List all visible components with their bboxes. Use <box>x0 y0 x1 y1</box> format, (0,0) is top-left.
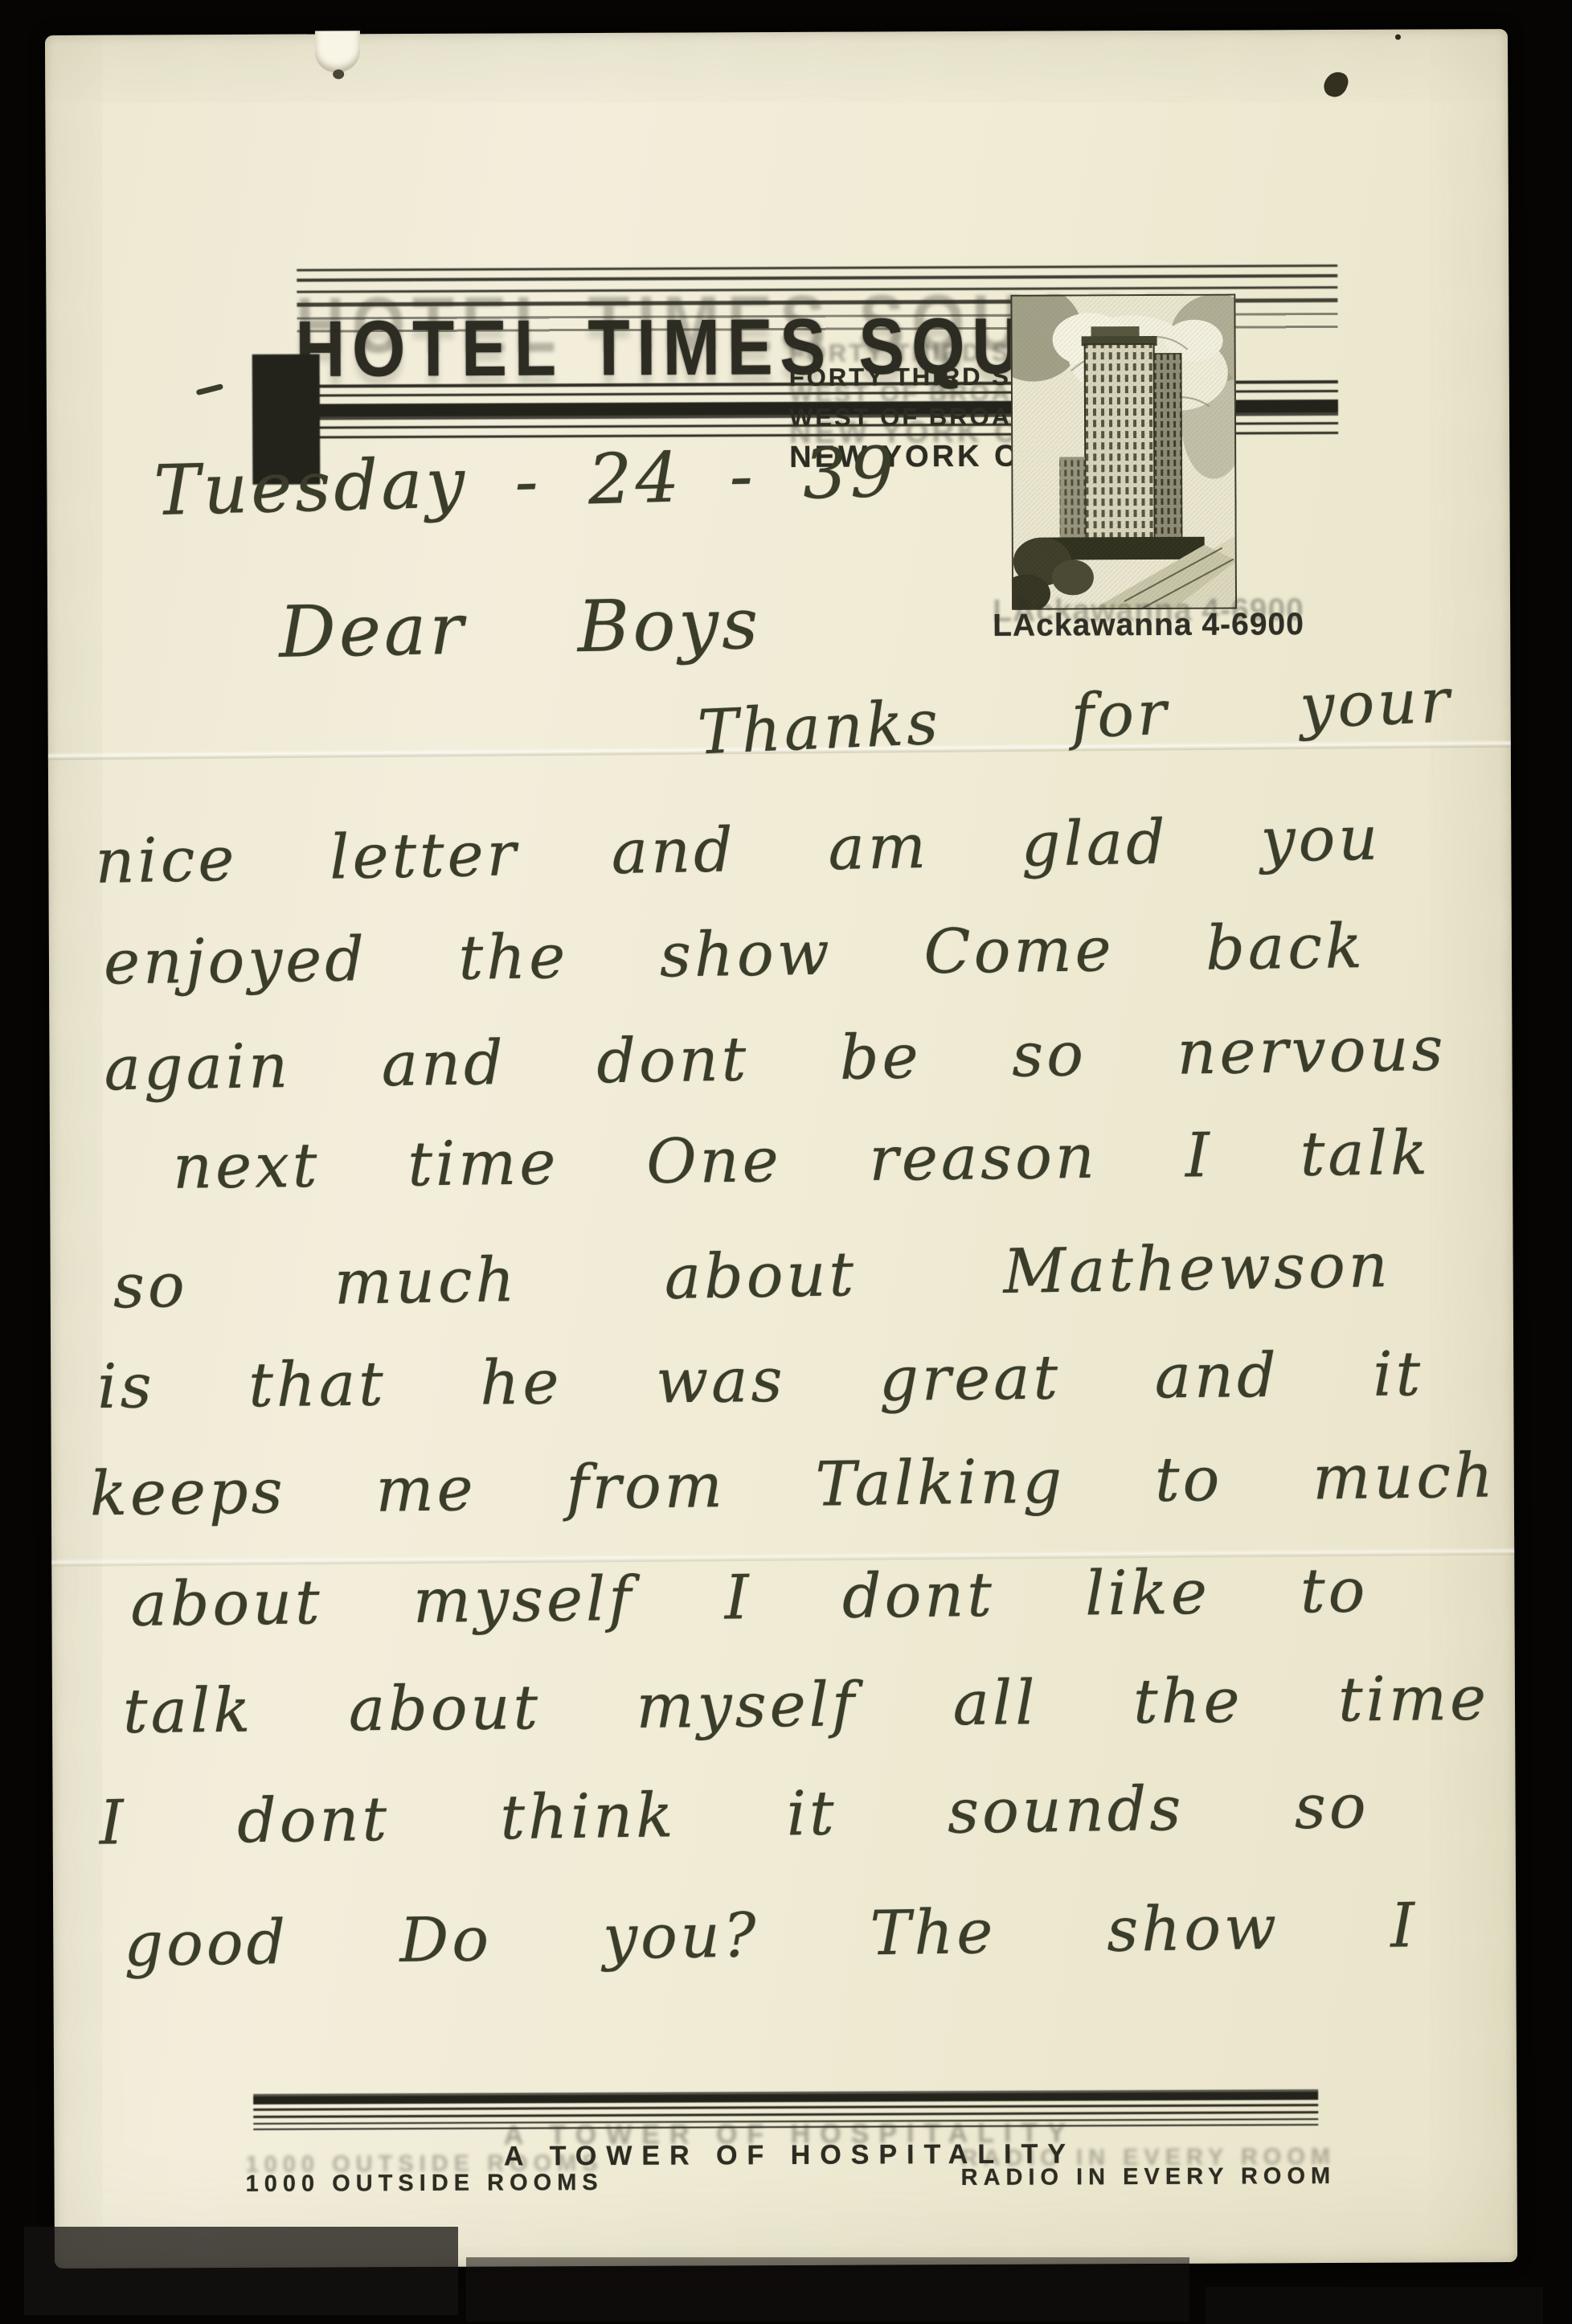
handwritten-salutation: Dear Boys <box>278 582 762 674</box>
scan-artifact <box>1206 2287 1543 2324</box>
footer-stripes <box>253 2089 1318 2133</box>
handwritten-line: next time One reason I talk <box>173 1117 1431 1203</box>
handwritten-line: Thanks for your <box>696 664 1454 768</box>
handwritten-line: enjoyed the show Come back <box>103 910 1365 998</box>
hotel-building-illustration <box>1010 294 1237 610</box>
scan-artifact <box>466 2257 1189 2322</box>
handwritten-line: again and dont be so nervous <box>104 1013 1447 1105</box>
letter-paper: HOTEL TIMES SQUARE FORTY THIRD STREET WE… <box>45 29 1517 2269</box>
handwritten-line: talk about myself all the time <box>123 1662 1490 1747</box>
paper-tear-smudge <box>333 69 344 79</box>
footer-note-radio: RADIO IN EVERY ROOM <box>961 2163 1337 2191</box>
scan-artifact <box>24 2227 458 2315</box>
footer-note-rooms: 1000 OUTSIDE ROOMS <box>246 2170 604 2198</box>
handwritten-line: keeps me from Talking to much <box>89 1439 1496 1529</box>
handwritten-line: nice letter and am glad you <box>95 802 1382 897</box>
pen-dash-mark: - <box>196 383 224 396</box>
ink-speck <box>1395 35 1401 40</box>
ink-blot <box>1321 68 1351 100</box>
handwritten-line: so much about Mathewson <box>113 1229 1391 1322</box>
letter-scan: HOTEL TIMES SQUARE FORTY THIRD STREET WE… <box>0 0 1572 2324</box>
phone-number: LAckawanna 4-6900 <box>993 607 1304 644</box>
handwritten-line: is that he was great and it <box>97 1338 1424 1422</box>
paper-tear-notch <box>315 31 360 72</box>
handwritten-line: I dont think it sounds so <box>99 1770 1369 1859</box>
handwritten-line: about myself I dont like to <box>130 1554 1369 1639</box>
handwritten-line: good Do you? The show I <box>124 1889 1418 1980</box>
